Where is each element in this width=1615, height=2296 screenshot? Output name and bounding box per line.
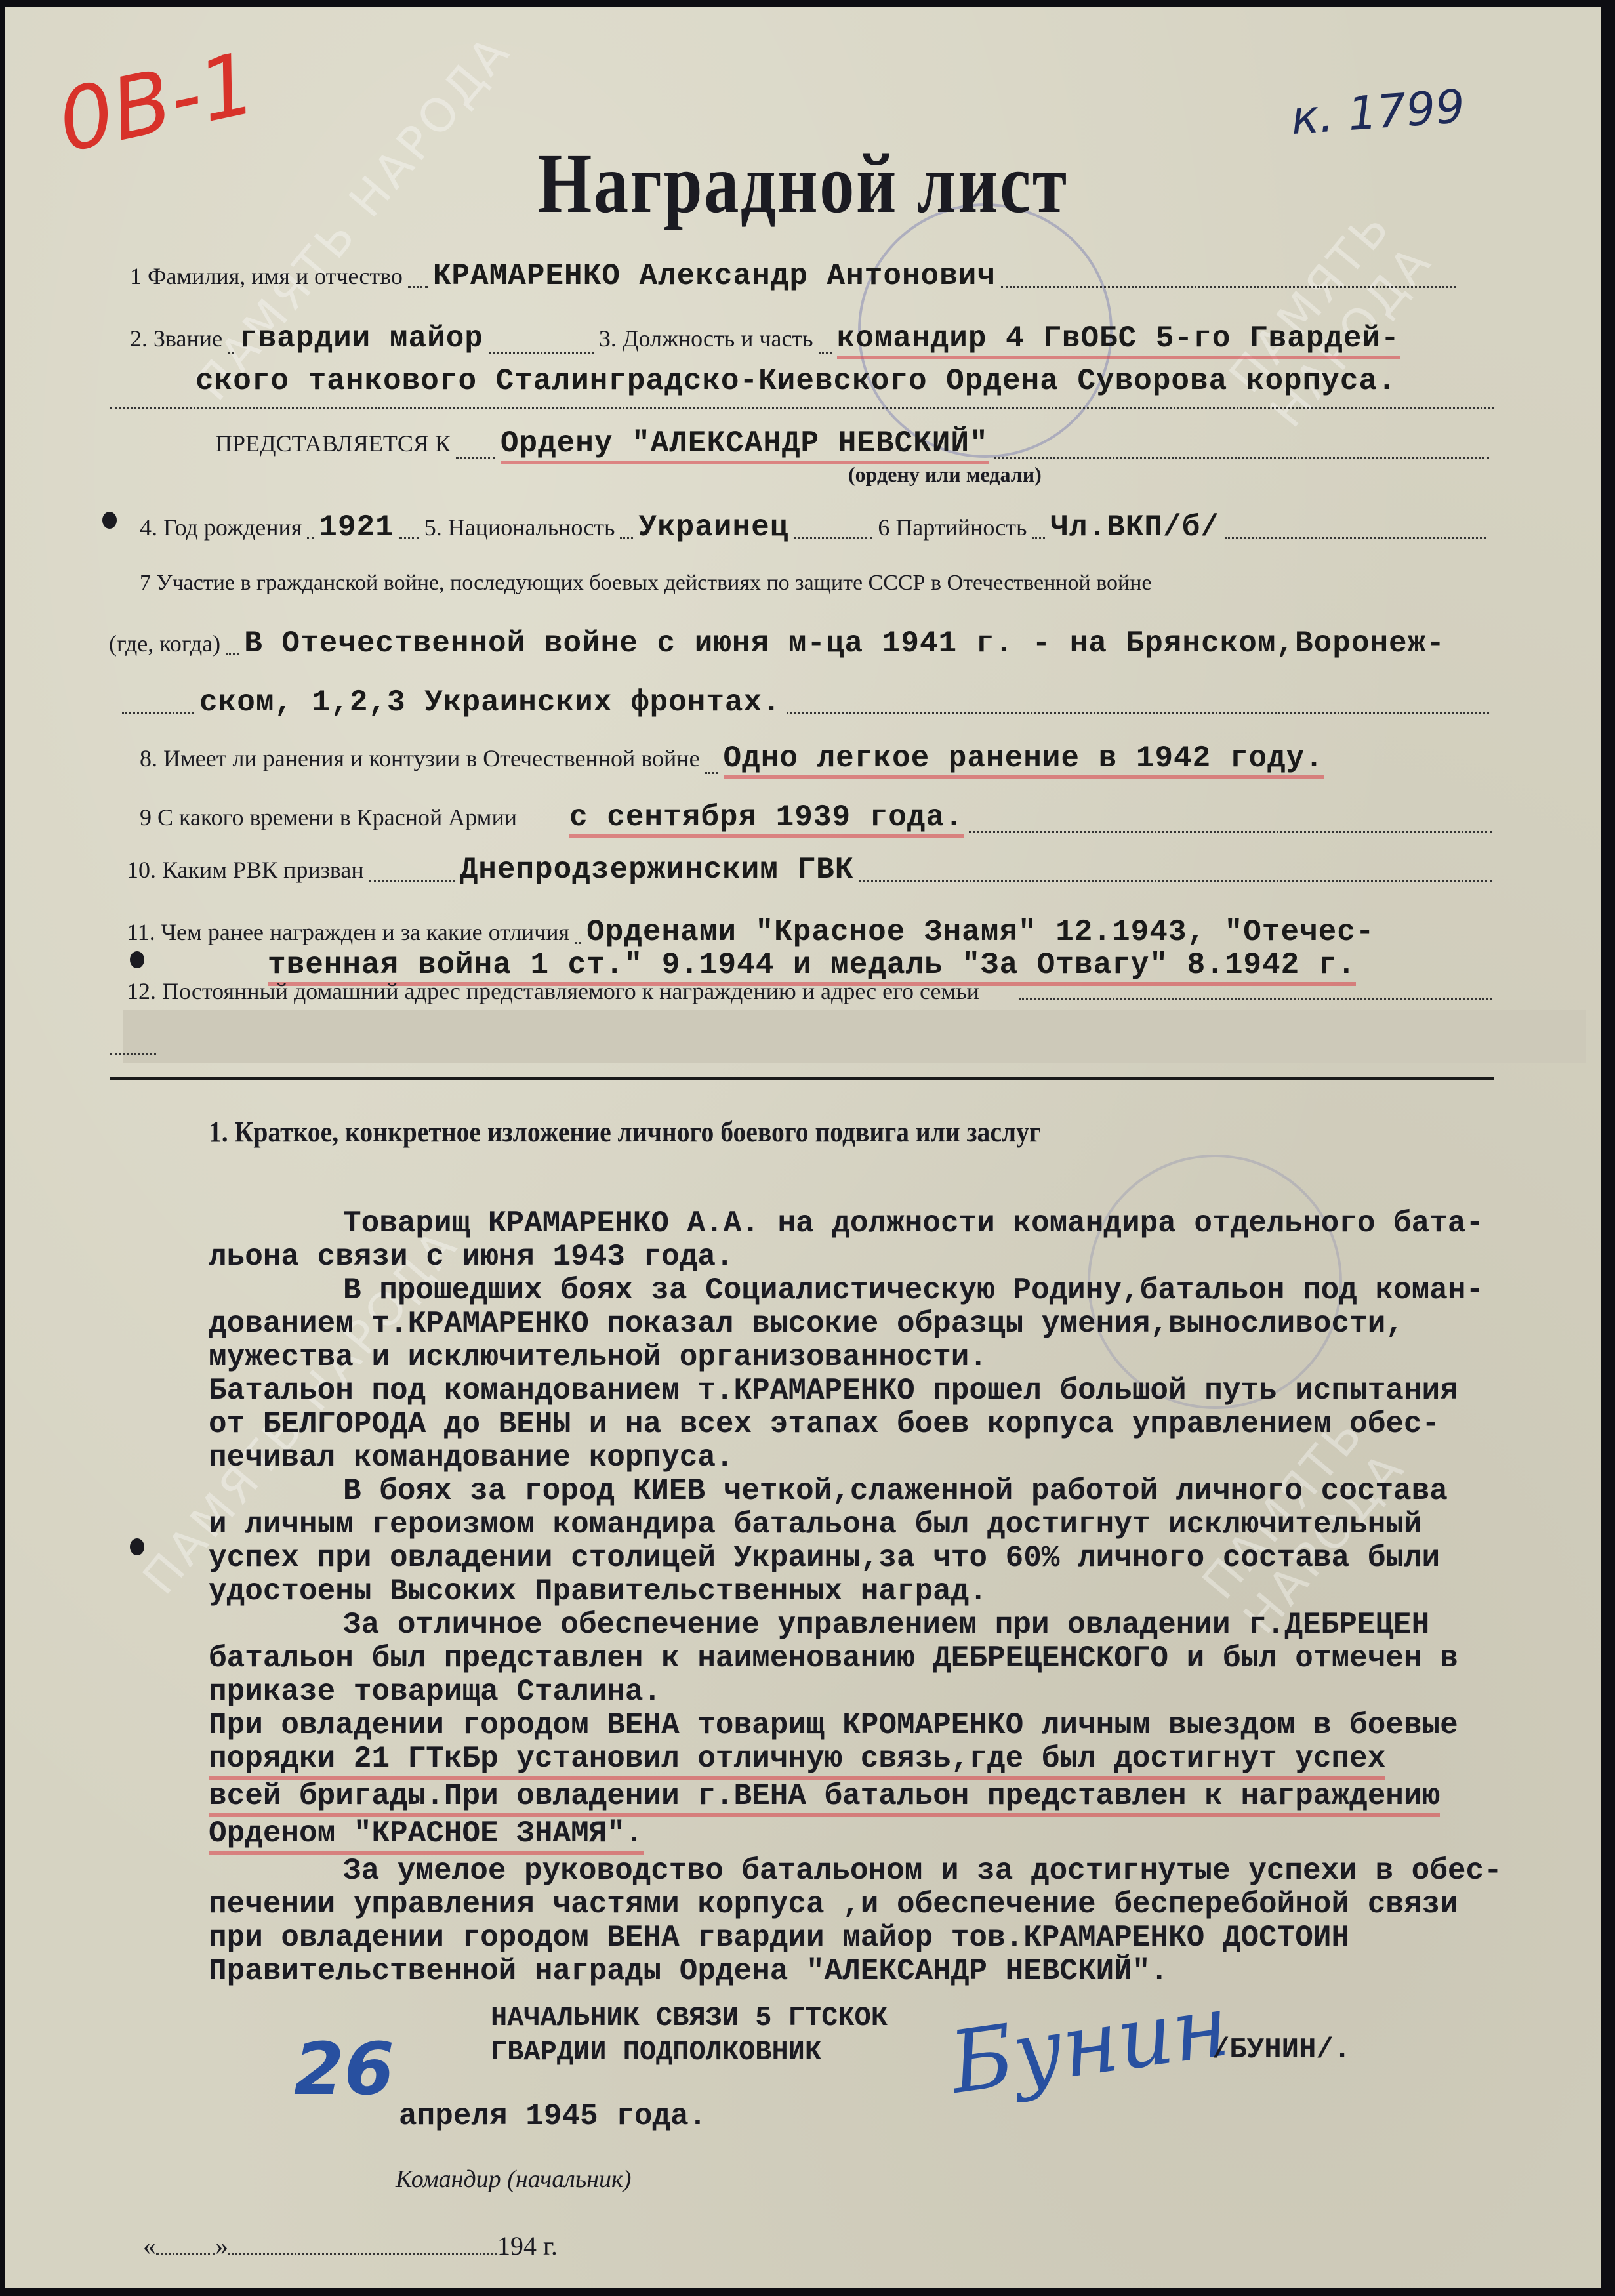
narrative-heading: 1. Краткое, конкретное изложение личного… bbox=[209, 1115, 1041, 1149]
narrative-line: Правительственной награды Ордена "АЛЕКСА… bbox=[209, 1955, 1566, 1988]
quote-close: » bbox=[215, 2230, 228, 2261]
narrative-line: Орденом "КРАСНОЕ ЗНАМЯ". bbox=[209, 1817, 644, 1855]
dotted-line bbox=[399, 537, 419, 539]
narrative-line: батальон был представлен к наименованию … bbox=[209, 1642, 1566, 1675]
narrative-line: дованием т.КРАМАРЕНКО показал высокие об… bbox=[209, 1307, 1566, 1341]
field-previous-awards: 11. Чем ранее награжден и за какие отлич… bbox=[127, 915, 1570, 949]
field-value: ского танкового Сталинградско-Киевского … bbox=[195, 364, 1397, 398]
dotted-line bbox=[156, 2253, 215, 2255]
field-rank-position: 2. Звание гвардии майор 3. Должность и ч… bbox=[130, 321, 1573, 359]
dotted-line bbox=[369, 880, 455, 882]
narrative-line: успех при овладении столицей Украины,за … bbox=[209, 1542, 1566, 1575]
dotted-line bbox=[620, 537, 633, 539]
dotted-line bbox=[226, 653, 239, 655]
field-war-participation-label: 7 Участие в гражданской войне, последующ… bbox=[140, 571, 1152, 596]
dotted-line bbox=[794, 537, 872, 539]
field-value: ском, 1,2,3 Украинских фронтах. bbox=[199, 686, 781, 720]
dotted-line bbox=[819, 352, 832, 354]
dotted-line bbox=[307, 537, 314, 539]
field-war-participation-continued: ском, 1,2,3 Украинских фронтах. bbox=[117, 686, 1494, 720]
field-label: 10. Каким РВК призван bbox=[127, 856, 364, 884]
field-birth-nationality-party: 4. Год рождения 1921 5. Национальность У… bbox=[140, 510, 1491, 544]
dotted-line bbox=[122, 712, 194, 714]
narrative-line: Батальон под командованием т.КРАМАРЕНКО … bbox=[209, 1374, 1566, 1408]
signatory-block: НАЧАЛЬНИК СВЯЗИ 5 ГТСКОК ГВАРДИИ ПОДПОЛК… bbox=[491, 2001, 888, 2069]
dotted-line bbox=[1019, 998, 1492, 1000]
handwritten-signature: Бунин bbox=[944, 1975, 1235, 2113]
dotted-line bbox=[110, 407, 1494, 409]
field-value: с сентября 1939 года. bbox=[569, 800, 964, 838]
narrative-line: За отличное обеспечение управлением при … bbox=[209, 1609, 1566, 1642]
field-value: Чл.ВКП/б/ bbox=[1050, 510, 1219, 544]
narrative-line: удостоены Высоких Правительственных нагр… bbox=[209, 1575, 1566, 1609]
dotted-line bbox=[787, 712, 1489, 714]
field-value: Ордену "АЛЕКСАНДР НЕВСКИЙ" bbox=[501, 426, 989, 464]
field-label: 2. Звание bbox=[130, 325, 222, 352]
field-label: 7 Участие в гражданской войне, последующ… bbox=[140, 571, 1152, 596]
field-value: Одно легкое ранение в 1942 году. bbox=[724, 741, 1324, 779]
blank-date-line: « » 194 г. bbox=[143, 2230, 558, 2261]
narrative-line: В боях за город КИЕВ четкой,слаженной ра… bbox=[209, 1475, 1566, 1508]
caption-order-or-medal: (ордену или медали) bbox=[848, 462, 1042, 487]
page-title: Наградной лист bbox=[149, 134, 1457, 233]
field-label: ПРЕДСТАВЛЯЕТСЯ К bbox=[215, 430, 451, 457]
dotted-line bbox=[994, 457, 1489, 459]
field-label: 5. Национальность bbox=[424, 514, 615, 541]
field-label: 8. Имеет ли ранения и контузии в Отечест… bbox=[140, 745, 700, 772]
signatory-title: НАЧАЛЬНИК СВЯЗИ 5 ГТСКОК bbox=[491, 2001, 888, 2035]
field-value: 1921 bbox=[319, 510, 394, 544]
award-sheet-page: ПАМЯТЬ НАРОДА ПАМЯТЬ НАРОДА ПАМЯТЬ НАРОД… bbox=[5, 7, 1601, 2288]
dotted-line bbox=[705, 772, 718, 774]
field-nominated-for: ПРЕДСТАВЛЯЕТСЯ К Ордену "АЛЕКСАНДР НЕВСК… bbox=[215, 426, 1494, 464]
dotted-line bbox=[408, 286, 428, 288]
signatory-name: /БУНИН/. bbox=[1212, 2034, 1351, 2066]
field-label: 9 С какого времени в Красной Армии bbox=[140, 804, 517, 831]
field-army-since: 9 С какого времени в Красной Армии с сен… bbox=[140, 800, 1498, 838]
narrative-line: За умелое руководство батальоном и за до… bbox=[209, 1855, 1566, 1888]
quote-open: « bbox=[143, 2230, 156, 2261]
punch-hole bbox=[102, 512, 117, 529]
narrative-line: мужества и исключительной организованнос… bbox=[209, 1341, 1566, 1374]
field-label: 1 Фамилия, имя и отчество bbox=[130, 262, 403, 290]
field-value: Орденами "Красное Знамя" 12.1943, "Отече… bbox=[586, 915, 1374, 949]
field-label: 6 Партийность bbox=[878, 514, 1027, 541]
narrative-line: льона связи с июня 1943 года. bbox=[209, 1240, 1566, 1274]
dotted-line bbox=[228, 2253, 497, 2255]
field-label: 12. Постоянный домашний адрес представля… bbox=[127, 977, 979, 1005]
narrative-line: от БЕЛГОРОДА до ВЕНЫ и на всех этапах бо… bbox=[209, 1408, 1566, 1441]
field-position-continued: ского танкового Сталинградско-Киевского … bbox=[195, 364, 1397, 398]
dotted-line bbox=[456, 457, 495, 459]
redacted-address-area bbox=[123, 1010, 1586, 1063]
narrative-line: приказе товарища Сталина. bbox=[209, 1675, 1566, 1709]
signatory-rank: ГВАРДИИ ПОДПОЛКОВНИК bbox=[491, 2035, 888, 2069]
dotted-line bbox=[110, 1053, 156, 1055]
dotted-line bbox=[969, 831, 1492, 833]
field-value: гвардии майор bbox=[239, 321, 483, 356]
narrative-line: всей бригады.При овладении г.ВЕНА баталь… bbox=[209, 1780, 1440, 1817]
field-label: (где, когда) bbox=[109, 630, 220, 657]
punch-hole bbox=[130, 951, 144, 968]
narrative-line: при овладении городом ВЕНА гвардии майор… bbox=[209, 1921, 1566, 1955]
dotted-line bbox=[228, 352, 234, 354]
dotted-line bbox=[575, 942, 581, 944]
field-value: Днепродзержинским ГВК bbox=[460, 853, 854, 887]
field-wounds: 8. Имеет ли ранения и контузии в Отечест… bbox=[140, 741, 1498, 779]
field-full-name: 1 Фамилия, имя и отчество КРАМАРЕНКО Але… bbox=[130, 259, 1462, 293]
narrative-line: печении управления частями корпуса ,и об… bbox=[209, 1888, 1566, 1921]
commander-caption: Командир (начальник) bbox=[396, 2165, 631, 2194]
narrative-line: При овладении городом ВЕНА товарищ КРОМА… bbox=[209, 1709, 1566, 1742]
narrative-line: порядки 21 ГТкБр установил отличную связ… bbox=[209, 1742, 1385, 1780]
field-draft-office: 10. Каким РВК призван Днепродзержинским … bbox=[127, 853, 1498, 887]
field-war-participation: (где, когда) В Отечественной войне с июн… bbox=[109, 626, 1552, 661]
field-value: Украинец bbox=[638, 510, 788, 544]
narrative-line: Товарищ КРАМАРЕНКО А.А. на должности ком… bbox=[209, 1207, 1566, 1240]
field-label: 3. Должность и часть bbox=[599, 325, 813, 352]
narrative-line: и личным героизмом командира батальона б… bbox=[209, 1508, 1566, 1542]
dotted-line bbox=[1001, 286, 1456, 288]
date-day-handwritten: 26 bbox=[294, 2027, 394, 2111]
dotted-line bbox=[489, 352, 594, 354]
narrative-line: печивал командование корпуса. bbox=[209, 1441, 1566, 1475]
narrative-text: Товарищ КРАМАРЕНКО А.А. на должности ком… bbox=[209, 1207, 1566, 1988]
section-divider bbox=[110, 1077, 1494, 1080]
field-label: 4. Год рождения bbox=[140, 514, 302, 541]
date-month-year: апреля 1945 года. bbox=[399, 2099, 706, 2133]
field-value: КРАМАРЕНКО Александр Антонович bbox=[433, 259, 996, 293]
dotted-line bbox=[1032, 537, 1045, 539]
punch-hole bbox=[130, 1538, 144, 1555]
field-value: В Отечественной войне с июня м-ца 1941 г… bbox=[244, 626, 1445, 661]
blank-year: 194 г. bbox=[497, 2230, 558, 2261]
narrative-line: В прошедших боях за Социалистическую Род… bbox=[209, 1274, 1566, 1307]
field-value: командир 4 ГвОБС 5-го Гвардей- bbox=[837, 321, 1400, 359]
field-home-address: 12. Постоянный домашний адрес представля… bbox=[127, 977, 1498, 1005]
dotted-line bbox=[1225, 537, 1486, 539]
field-label: 11. Чем ранее награжден и за какие отлич… bbox=[127, 918, 569, 946]
dotted-line bbox=[859, 880, 1492, 882]
